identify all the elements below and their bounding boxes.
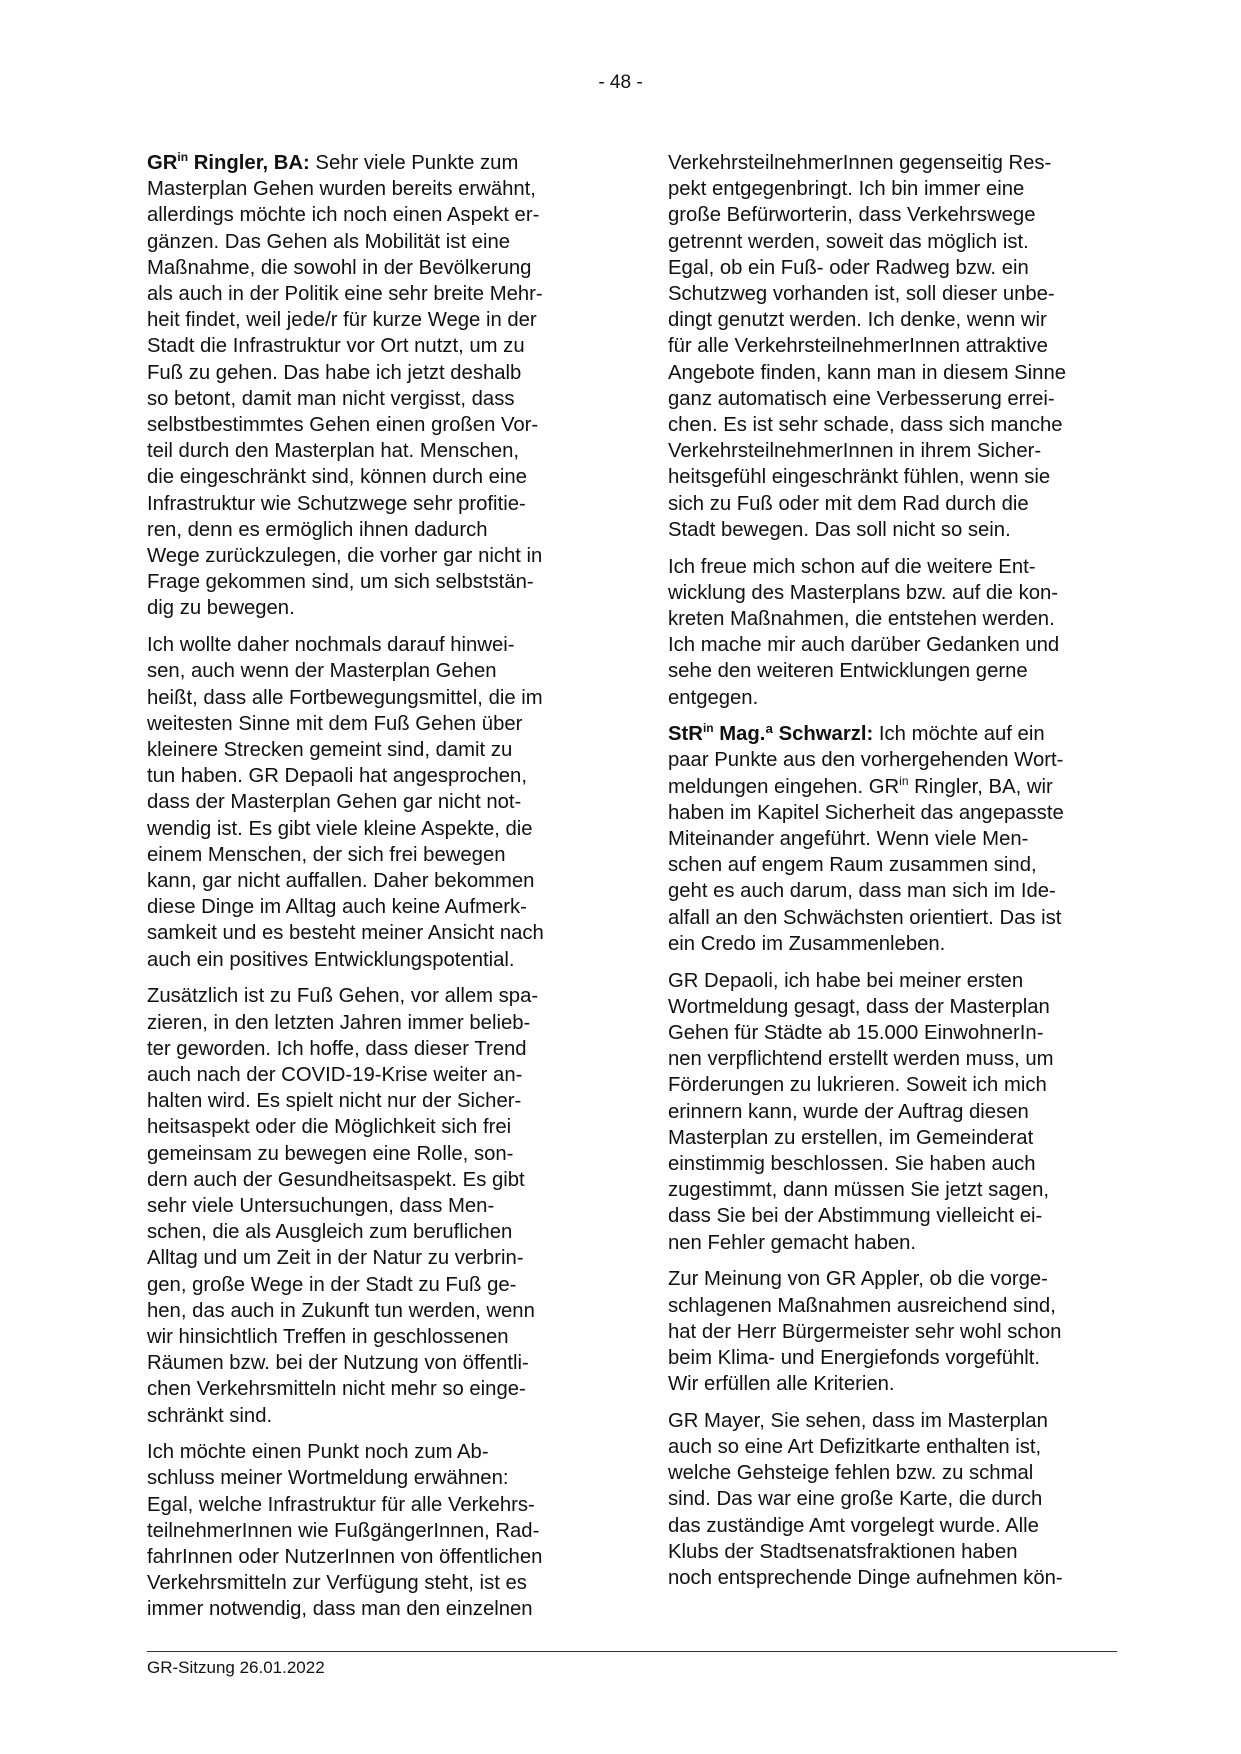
paragraph-ringler-intro: GRin Ringler, BA: Sehr viele Punkte zum … [147,150,597,622]
footer-session-date: GR-Sitzung 26.01.2022 [147,1658,325,1678]
paragraph: VerkehrsteilnehmerInnen gegenseitig Res-… [668,150,1118,543]
paragraph-text: Sehr viele Punkte zum Masterplan Gehen w… [147,152,543,619]
speaker-label: GRin Ringler, BA: [147,152,310,174]
paragraph: Zur Meinung von GR Appler, ob die vorge-… [668,1266,1118,1397]
paragraph: GR Mayer, Sie sehen, dass im Masterplan … [668,1408,1118,1591]
paragraph: Ich möchte einen Punkt noch zum Ab- schl… [147,1439,597,1622]
paragraph: GR Depaoli, ich habe bei meiner ersten W… [668,968,1118,1256]
paragraph: Ich wollte daher nochmals darauf hinwei-… [147,632,597,973]
speaker-label: StRin Mag.ª Schwarzl: [668,723,873,745]
right-column: VerkehrsteilnehmerInnen gegenseitig Res-… [668,150,1118,1602]
paragraph: Ich freue mich schon auf die weitere Ent… [668,554,1118,711]
paragraph: Zusätzlich ist zu Fuß Gehen, vor allem s… [147,983,597,1428]
footer-divider [147,1651,1117,1652]
left-column: GRin Ringler, BA: Sehr viele Punkte zum … [147,150,597,1633]
paragraph-schwarzl-intro: StRin Mag.ª Schwarzl: Ich möchte auf ein… [668,721,1118,957]
page-number: - 48 - [0,72,1241,94]
